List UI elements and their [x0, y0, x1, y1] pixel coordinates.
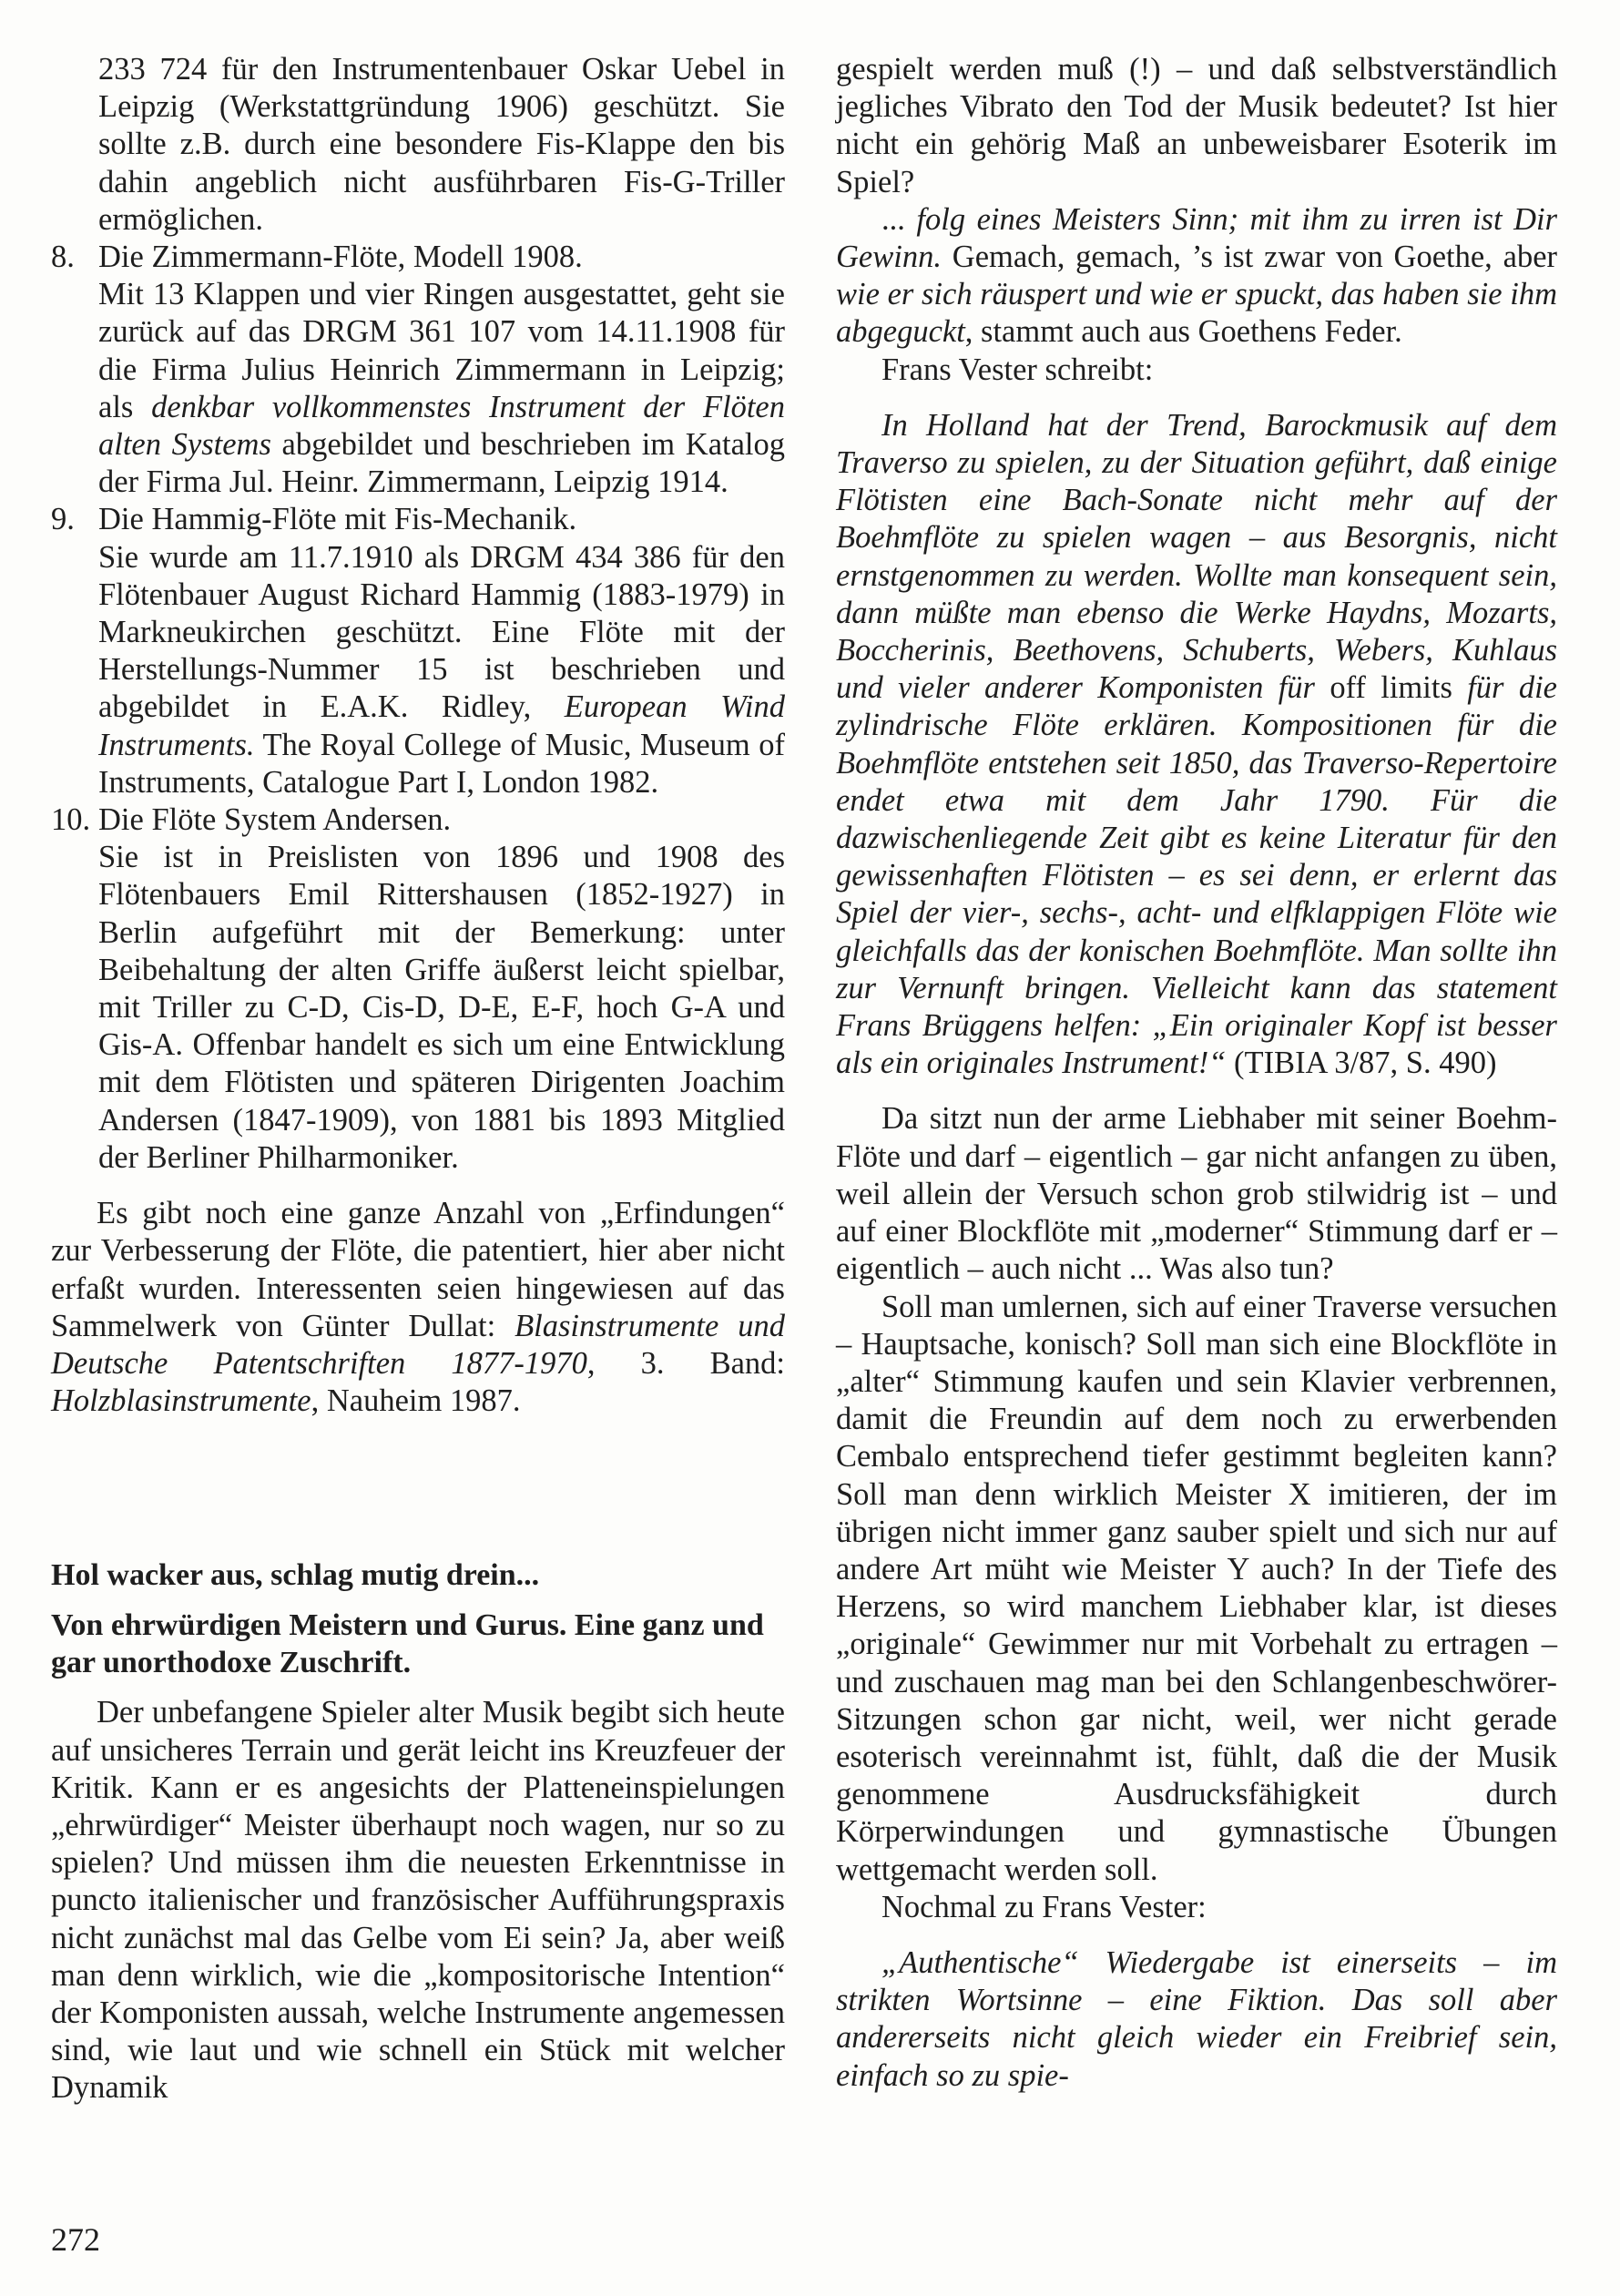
paragraph-vester-intro-2: Nochmal zu Frans Vester: [836, 1889, 1557, 1926]
paragraph-vester-intro: Frans Vester schreibt: [836, 352, 1557, 389]
paragraph-goethe: ... folg eines Meisters Sinn; mit ihm zu… [836, 201, 1557, 352]
list-item-title: Die Flöte System Andersen. [98, 801, 785, 839]
page-number: 272 [51, 2220, 100, 2259]
blockquote-vester-2: „Authentische“ Wiedergabe ist einerseits… [836, 1944, 1557, 2095]
list-item-title: Die Zimmermann-Flöte, Modell 1908. [98, 239, 785, 276]
list-item-8: 8. Die Zimmermann-Flöte, Modell 1908. Mi… [51, 239, 785, 501]
section-heading: Hol wacker aus, schlag mutig drein... [51, 1556, 785, 1594]
list-number: 10. [51, 801, 90, 839]
paragraph-continuation: 233 724 für den Instrumentenbauer Oskar … [98, 51, 785, 239]
paragraph-liebhaber: Da sitzt nun der arme Liebhaber mit sein… [836, 1100, 1557, 1288]
list-item-body: Sie ist in Preislisten von 1896 und 1908… [98, 839, 785, 1177]
list-number: 8. [51, 239, 75, 276]
paragraph-intro: Der unbefangene Spieler alter Musik begi… [51, 1694, 785, 2107]
list-item-body: Sie wurde am 11.7.1910 als DRGM 434 386 … [98, 539, 785, 801]
left-column: 233 724 für den Instrumentenbauer Oskar … [51, 51, 785, 2107]
paragraph-patents: Es gibt noch eine ganze Anzahl von „Erfi… [51, 1195, 785, 1420]
list-item-10: 10. Die Flöte System Andersen. Sie ist i… [51, 801, 785, 1177]
paragraph-continuation-right: gespielt werden muß (!) – und daß selbst… [836, 51, 1557, 201]
list-item-title: Die Hammig-Flöte mit Fis-Mechanik. [98, 501, 785, 538]
list-item-9: 9. Die Hammig-Flöte mit Fis-Mechanik. Si… [51, 501, 785, 801]
list-item-continuation: 233 724 für den Instrumentenbauer Oskar … [51, 51, 785, 239]
paragraph-umlernen: Soll man umlernen, sich auf einer Traver… [836, 1289, 1557, 1889]
section-subheading: Von ehrwürdigen Meistern und Gurus. Eine… [51, 1607, 785, 1681]
right-column: gespielt werden muß (!) – und daß selbst… [836, 51, 1557, 2095]
list-item-body: Mit 13 Klappen und vier Ringen ausgestat… [98, 276, 785, 501]
list-number: 9. [51, 501, 75, 538]
blockquote-vester: In Holland hat der Trend, Barockmusik au… [836, 407, 1557, 1083]
